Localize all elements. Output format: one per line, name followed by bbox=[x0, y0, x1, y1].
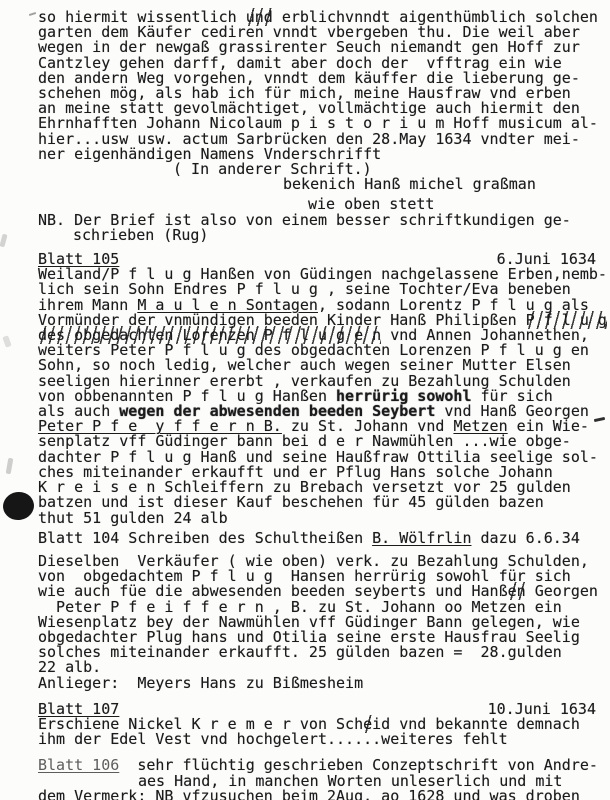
document-line: dem Vermerk: NB vfzusuchen beim 2Aug. ao… bbox=[38, 789, 610, 800]
ink-smudge bbox=[0, 234, 8, 248]
text-segment: ihm der Edel Vest vnd hochgelert......we… bbox=[38, 730, 508, 748]
document-line: Blatt 104 Schreiben des Schultheißen B. … bbox=[38, 531, 610, 546]
text-segment: schrieben (Rug) bbox=[73, 226, 208, 244]
ink-tick-mark bbox=[29, 12, 36, 16]
text-segment: Anlieger: Meyers Hans zu Bißmesheim bbox=[38, 674, 363, 692]
typewritten-page: so hiermit wissentlich und erblichvnndt … bbox=[0, 0, 610, 800]
document-line: thut 51 gulden 24 alb bbox=[38, 511, 610, 526]
text-segment: bekenich Hanß michel graßman bbox=[283, 175, 536, 193]
ink-smudge bbox=[2, 335, 11, 347]
text-segment: Blatt 106 bbox=[38, 756, 119, 774]
text-segment: B. Wölfrlin bbox=[372, 529, 471, 547]
document-line: solches miteinander erkaufft. 25 gülden … bbox=[38, 645, 610, 660]
text-segment: dazu 6.6.34 bbox=[471, 529, 579, 547]
text-segment: solches miteinander erkaufft. 25 gülden … bbox=[38, 643, 562, 661]
document-line: bekenich Hanß michel graßman bbox=[38, 177, 610, 192]
text-segment: Blatt 104 Schreiben des Schultheißen bbox=[38, 529, 372, 547]
document: so hiermit wissentlich und erblichvnndt … bbox=[38, 10, 610, 800]
text-segment: thut 51 gulden 24 alb bbox=[38, 509, 228, 527]
document-line: schrieben (Rug) bbox=[38, 228, 610, 243]
document-line: ihm der Edel Vest vnd hochgelert......we… bbox=[38, 732, 610, 747]
punch-hole-mark bbox=[1, 490, 36, 522]
ink-smudge bbox=[6, 458, 14, 475]
text-segment: dem Vermerk: NB vfzusuchen beim 2Aug. ao… bbox=[38, 787, 580, 800]
document-line: Anlieger: Meyers Hans zu Bißmesheim bbox=[38, 676, 610, 691]
